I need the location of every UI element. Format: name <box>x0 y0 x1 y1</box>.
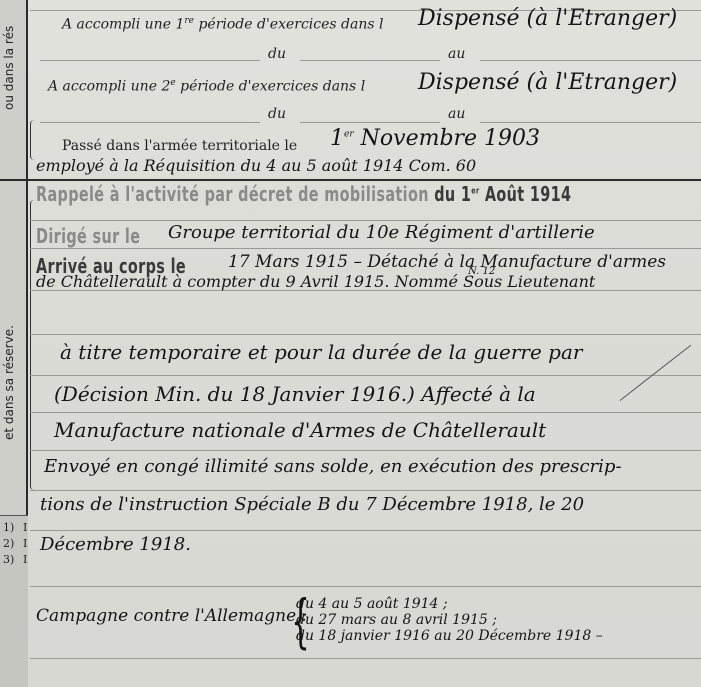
period-2-label: A accompli une 2e période d'exercices da… <box>48 78 365 95</box>
period-1-au: au <box>448 46 465 62</box>
rule <box>40 60 260 61</box>
rule <box>30 450 701 451</box>
campaign-period-2: du 27 mars au 8 avril 1915 ; <box>296 612 603 628</box>
mobilisation-stamp: Rappelé à l'activité par décret de mobil… <box>36 182 571 206</box>
period-1-value: Dispensé (à l'Etranger) <box>418 6 677 31</box>
record-page: ou dans la rés et dans sa réserve. 1)I 2… <box>0 0 701 687</box>
left-brace <box>30 200 34 490</box>
rule <box>30 490 701 491</box>
note-3: 3)I <box>3 552 14 568</box>
handwritten-line-4: Manufacture nationale d'Armes de Châtell… <box>54 418 546 442</box>
strike-line <box>620 345 692 401</box>
note-2: 2)I <box>3 536 14 552</box>
rule <box>480 122 701 123</box>
note-1: 1)I <box>3 520 14 536</box>
period-1-label: A accompli une 1re période d'exercices d… <box>62 16 383 33</box>
margin-label-top: ou dans la rés <box>2 0 16 110</box>
rule <box>30 530 701 531</box>
handwritten-line-2: à titre temporaire et pour la durée de l… <box>60 340 582 364</box>
period-1-du: du <box>268 46 286 62</box>
arrive-value: 17 Mars 1915 – Détaché à la Manufacture … <box>228 252 666 272</box>
campaign-label: Campagne contre l'Allemagne : <box>36 606 307 626</box>
rule <box>30 220 701 221</box>
rule <box>300 122 440 123</box>
margin-annotation: N. 12 <box>468 266 495 277</box>
campaign-period-1: du 4 au 5 août 1914 ; <box>296 596 603 612</box>
rule <box>30 248 701 249</box>
rule <box>30 334 701 335</box>
dirige-value: Groupe territorial du 10e Régiment d'art… <box>168 222 595 243</box>
period-2-du: du <box>268 106 286 122</box>
territorial-value: 1er Novembre 1903 <box>330 126 540 151</box>
margin-notes: 1)I 2)I 3)I <box>3 520 14 568</box>
rule <box>30 375 701 376</box>
handwritten-line-7: Décembre 1918. <box>40 534 191 555</box>
margin-rule <box>26 0 28 600</box>
campaign-periods: du 4 au 5 août 1914 ; du 27 mars au 8 av… <box>296 596 603 644</box>
rule <box>40 122 260 123</box>
requisition-note: employé à la Réquisition du 4 au 5 août … <box>36 156 476 175</box>
territorial-label: Passé dans l'armée territoriale le <box>62 138 297 154</box>
rule <box>300 60 440 61</box>
handwritten-line-1: de Châtellerault à compter du 9 Avril 19… <box>36 272 595 291</box>
handwritten-line-5: Envoyé en congé illimité sans solde, en … <box>44 456 622 477</box>
left-brace-top <box>30 120 34 160</box>
dirige-label: Dirigé sur le <box>36 224 140 248</box>
rule <box>30 658 701 659</box>
handwritten-line-3: (Décision Min. du 18 Janvier 1916.) Affe… <box>54 382 536 406</box>
period-2-value: Dispensé (à l'Etranger) <box>418 70 677 95</box>
period-2-au: au <box>448 106 465 122</box>
campaign-period-3: du 18 janvier 1916 au 20 Décembre 1918 – <box>296 628 603 644</box>
section-divider <box>0 179 701 181</box>
rule <box>480 60 701 61</box>
rule <box>30 586 701 587</box>
margin-label-middle: et dans sa réserve. <box>2 280 16 440</box>
handwritten-line-6: tions de l'instruction Spéciale B du 7 D… <box>40 494 584 515</box>
rule <box>30 412 701 413</box>
